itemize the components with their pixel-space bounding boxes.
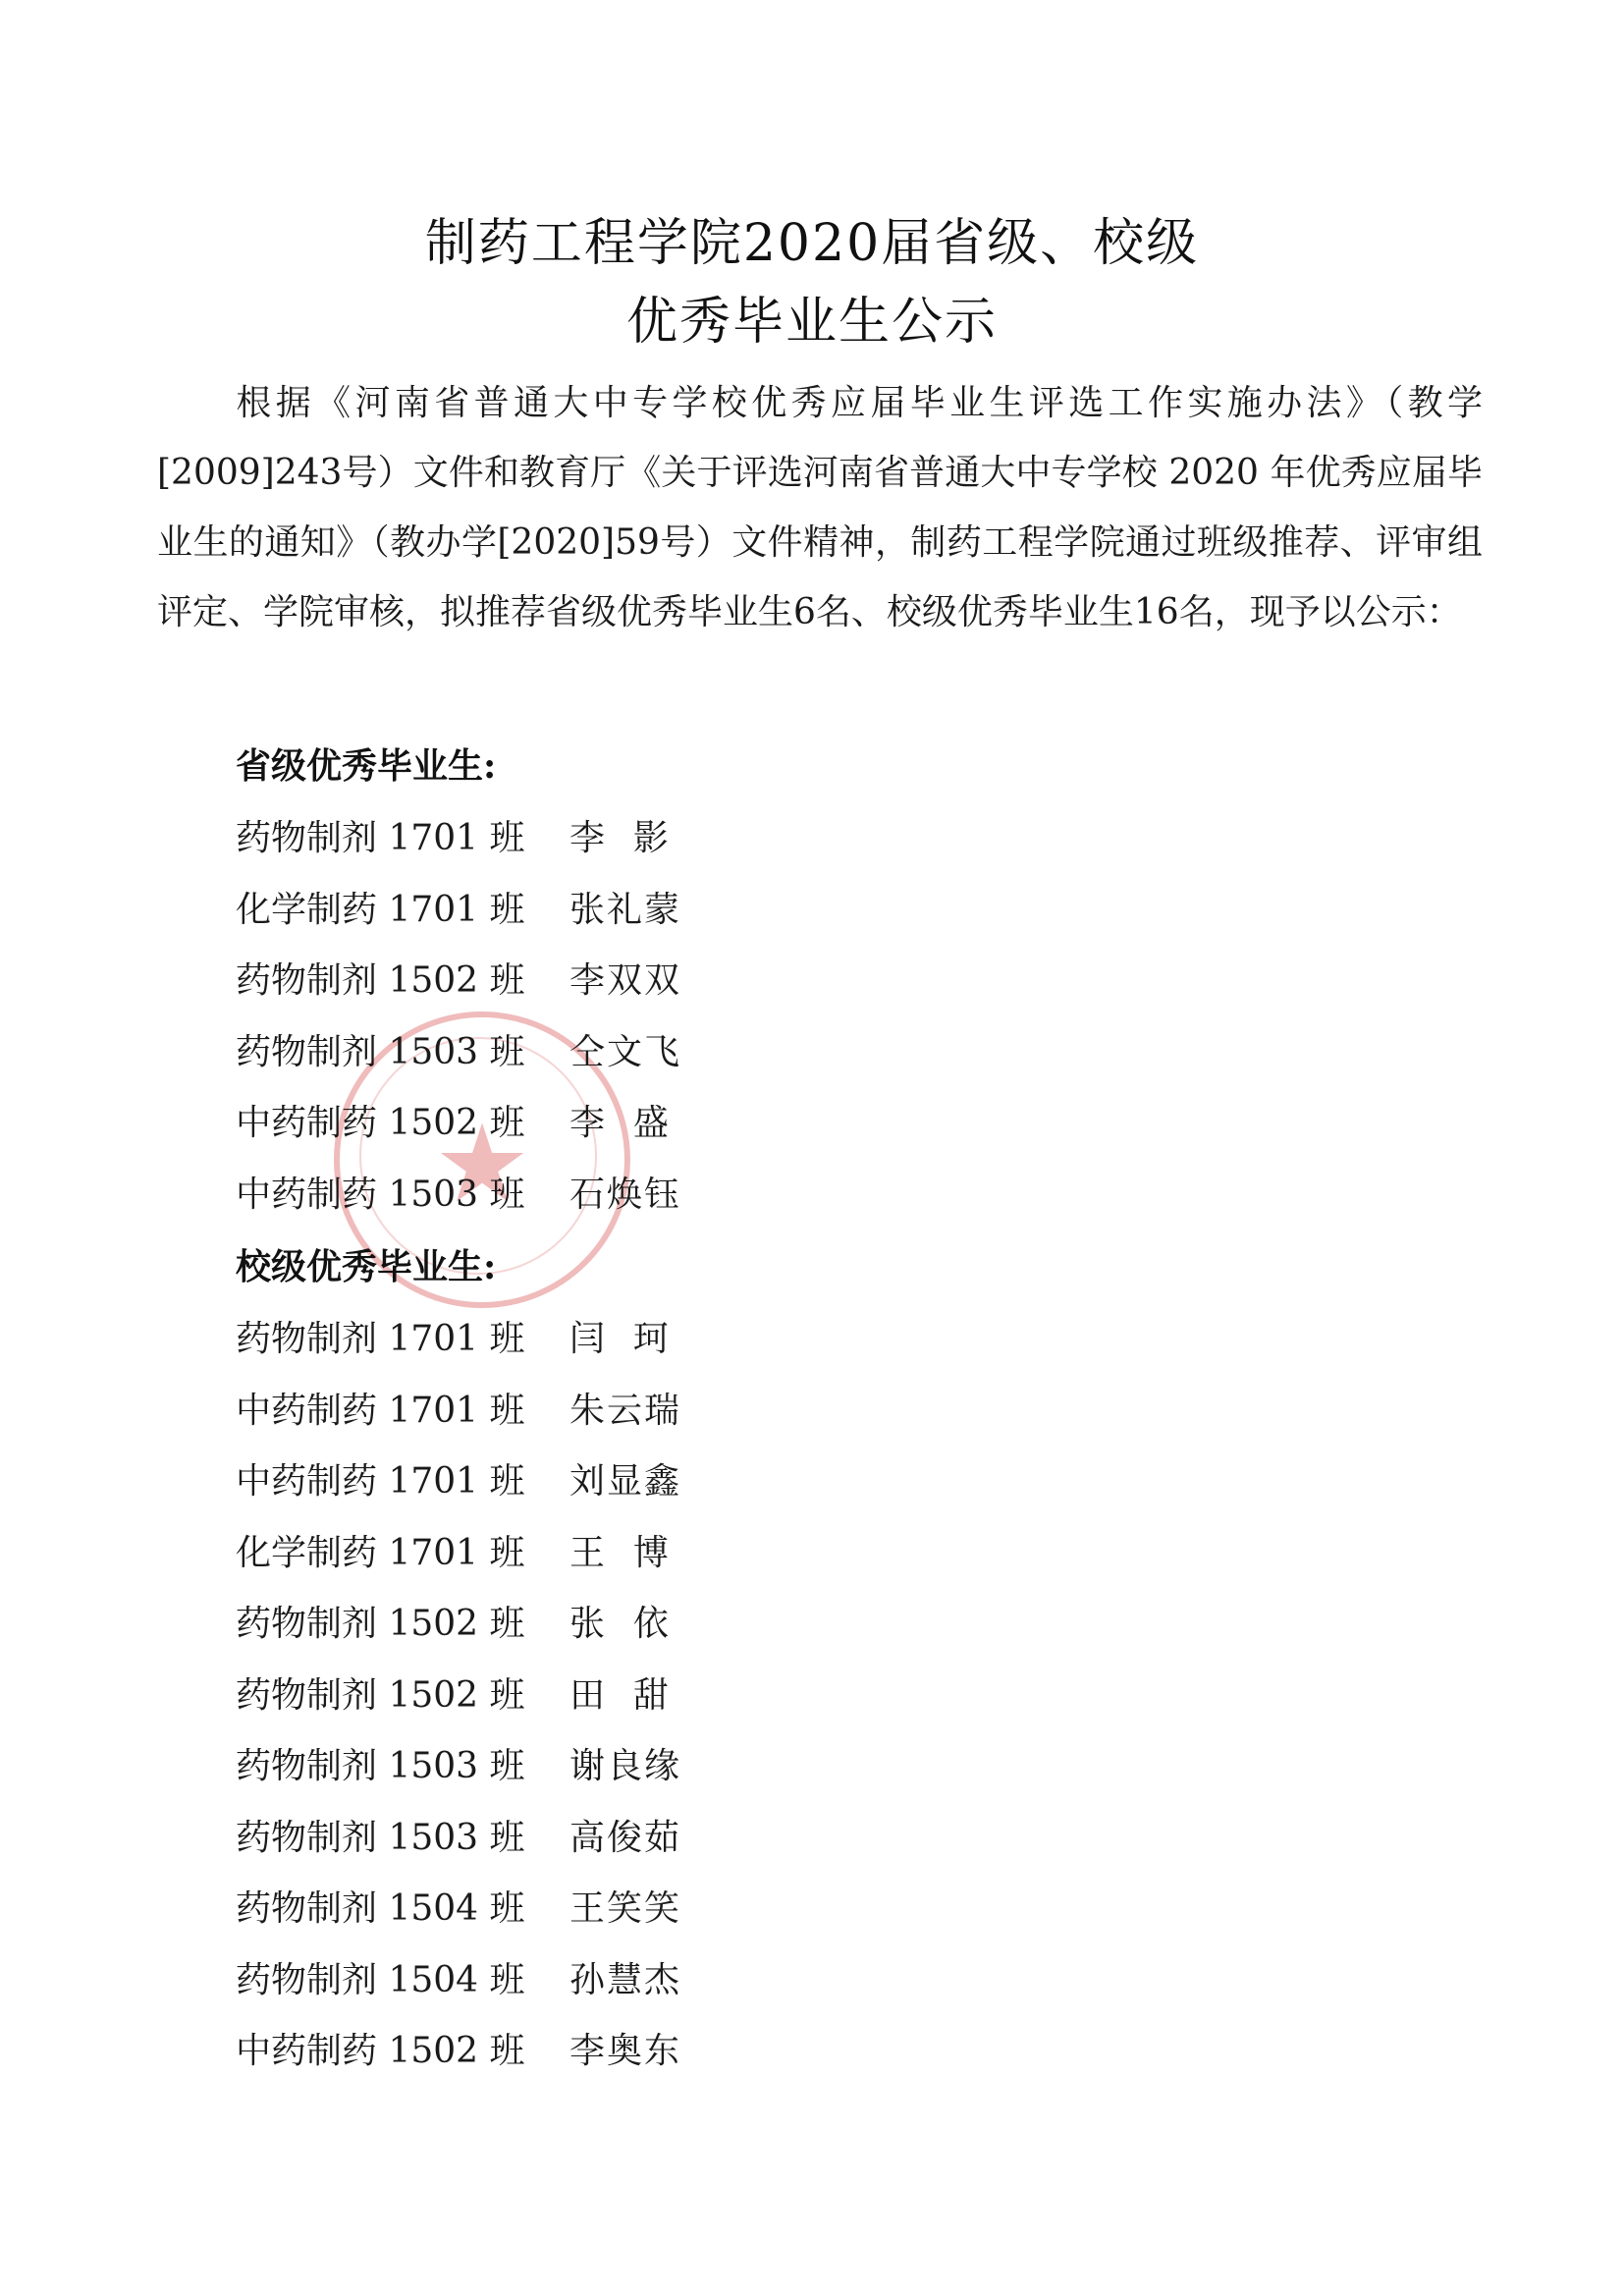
student-name: 闫 珂: [569, 1311, 671, 1361]
student-name: 王 博: [569, 1525, 671, 1575]
document-title-line2: 优秀毕业生公示: [0, 280, 1624, 354]
class-name: 化学制药 1701 班: [236, 1525, 569, 1575]
student-name: 石焕钰: [569, 1167, 681, 1217]
list-item: 药物制剂 1504 班孙慧杰: [236, 1952, 681, 2002]
student-name: 张 依: [569, 1596, 671, 1646]
class-name: 药物制剂 1503 班: [236, 1810, 569, 1860]
class-name: 药物制剂 1701 班: [236, 810, 569, 860]
student-name: 李双双: [569, 953, 681, 1003]
class-name: 中药制药 1701 班: [236, 1453, 569, 1503]
student-name: 朱云瑞: [569, 1383, 681, 1433]
list-item: 药物制剂 1503 班仝文飞: [236, 1024, 681, 1074]
student-name: 王笑笑: [569, 1881, 681, 1931]
student-name: 刘显鑫: [569, 1453, 681, 1503]
document-title-line1: 制药工程学院2020届省级、校级: [0, 201, 1624, 275]
student-name: 高俊茹: [569, 1810, 681, 1860]
list-item: 药物制剂 1503 班谢良缘: [236, 1738, 681, 1788]
list-item: 化学制药 1701 班张礼蒙: [236, 882, 681, 932]
intro-paragraph: 根据《河南省普通大中专学校优秀应届毕业生评选工作实施办法》（教学[2009]24…: [157, 368, 1483, 647]
student-name: 田 甜: [569, 1667, 671, 1718]
class-name: 中药制药 1502 班: [236, 1095, 569, 1145]
list-item: 中药制药 1701 班朱云瑞: [236, 1383, 681, 1433]
class-name: 中药制药 1701 班: [236, 1383, 569, 1433]
class-name: 药物制剂 1504 班: [236, 1881, 569, 1931]
class-name: 中药制药 1503 班: [236, 1167, 569, 1217]
class-name: 中药制药 1502 班: [236, 2023, 569, 2073]
class-name: 药物制剂 1503 班: [236, 1024, 569, 1074]
list-item: 药物制剂 1701 班闫 珂: [236, 1311, 671, 1361]
student-name: 张礼蒙: [569, 882, 681, 932]
list-item: 药物制剂 1701 班李 影: [236, 810, 671, 860]
list-item: 中药制药 1701 班刘显鑫: [236, 1453, 681, 1503]
list-item: 中药制药 1503 班石焕钰: [236, 1167, 681, 1217]
intro-paragraph-text: 根据《河南省普通大中专学校优秀应届毕业生评选工作实施办法》（教学[2009]24…: [157, 383, 1483, 632]
list-item: 中药制药 1502 班李 盛: [236, 1095, 671, 1145]
class-name: 药物制剂 1701 班: [236, 1311, 569, 1361]
school-heading: 校级优秀毕业生:: [236, 1239, 496, 1289]
list-item: 药物制剂 1502 班田 甜: [236, 1667, 671, 1718]
class-name: 药物制剂 1502 班: [236, 953, 569, 1003]
list-item: 药物制剂 1504 班王笑笑: [236, 1881, 681, 1931]
student-name: 李 盛: [569, 1095, 671, 1145]
list-item: 药物制剂 1503 班高俊茹: [236, 1810, 681, 1860]
list-item: 药物制剂 1502 班李双双: [236, 953, 681, 1003]
class-name: 药物制剂 1502 班: [236, 1667, 569, 1718]
student-name: 李 影: [569, 810, 671, 860]
class-name: 药物制剂 1503 班: [236, 1738, 569, 1788]
class-name: 药物制剂 1502 班: [236, 1596, 569, 1646]
class-name: 药物制剂 1504 班: [236, 1952, 569, 2002]
list-item: 中药制药 1502 班李奥东: [236, 2023, 681, 2073]
class-name: 化学制药 1701 班: [236, 882, 569, 932]
student-name: 孙慧杰: [569, 1952, 681, 2002]
student-name: 仝文飞: [569, 1024, 681, 1074]
list-item: 药物制剂 1502 班张 依: [236, 1596, 671, 1646]
student-name: 李奥东: [569, 2023, 681, 2073]
document-page: 制药工程学院2020届省级、校级 优秀毕业生公示 根据《河南省普通大中专学校优秀…: [0, 0, 1624, 2296]
provincial-heading: 省级优秀毕业生:: [236, 738, 496, 789]
student-name: 谢良缘: [569, 1738, 681, 1788]
list-item: 化学制药 1701 班王 博: [236, 1525, 671, 1575]
